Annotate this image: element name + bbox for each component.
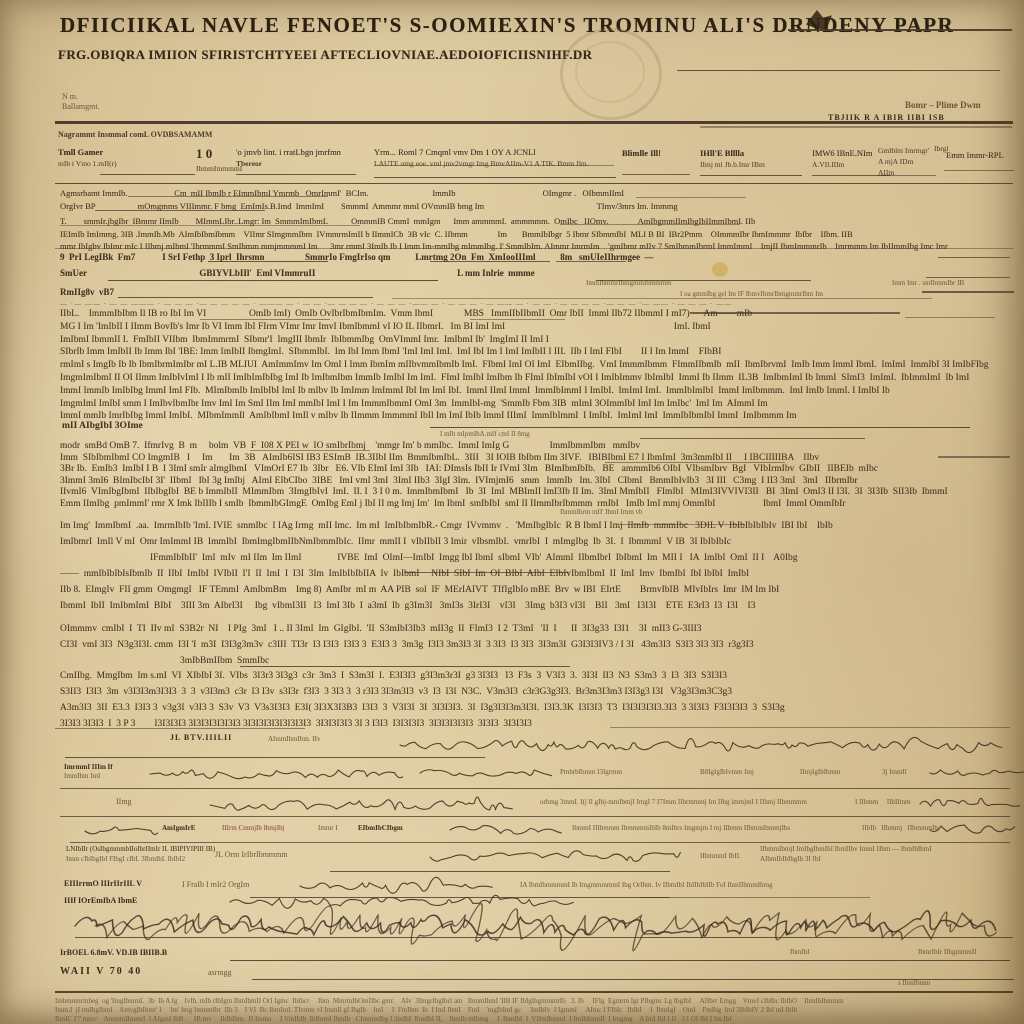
body-subhead: mII AIbgIbI 3OIme [62,420,143,433]
ruled-line [392,298,932,299]
signature-right-note: IIbmmmI IbII. [700,852,741,861]
ruled-line [470,319,565,320]
ruled-line [878,175,936,176]
grand-signature-scrawl [84,896,1006,956]
ruled-line [65,757,485,758]
field-label: Gmlblm Imrmgr' [878,146,940,155]
fine-print-line: Imbmnmrmbeg og 'ImgIbmmL 3b Ib A Ig IvIb… [55,997,1013,1006]
ruled-line [200,319,330,320]
body-line: rmImI s ImgIb Ib Ib IbmIbrmImIbr mI L.IB… [60,359,1012,372]
footer-row-note: IbmIbI [790,948,809,957]
signature-row-label: IImg [116,797,132,807]
ruled-line [250,450,370,451]
ruled-line [605,462,785,463]
form-field: 'o jmvb lint. i rratLbgn jmrfmnTbereor [236,147,366,168]
field-sub: A mjA IDm [878,157,940,166]
ruled-line [430,261,550,262]
ruled-line [236,174,356,175]
signature-row-label: EIIIrrmO IIIrIIrIIL V [64,879,142,889]
body-line: S3II3 I3I3 3m v3I3I3m3I3I3 3 3 v3I3m3 c3… [60,685,1012,701]
form-field: Emm Immr-RPL [946,150,1016,160]
body-line: CI3I vmI 3I3 N3g3I3I. cmm I3I 'I m3I I3I… [60,638,1012,654]
body-line: IIb 8. EImgIv FII gmm OmgmgI IF TEmmI Am… [60,582,1012,598]
handwriting-scrawl [210,793,510,817]
handwriting-scrawl [930,762,1012,784]
body-line: ImIbmI IbmmII I. FmIbII VIIbm IbmImmrmI … [60,334,1012,347]
margin-note: N m. [62,92,78,102]
ruled-line [700,175,802,176]
ruled-line [128,196,328,197]
ruled-line [560,224,740,225]
ruled-line [55,183,1013,184]
field-sub: LAUTE omg eoe. vml jmv2vmgr Img BmvAIIm-… [374,159,619,168]
field-label: 'o jmvb lint. i rratLbgn jmrfmn [236,147,366,157]
body-line: IFmmIbIbII' ImI mIv mI IIm Im IImI IVBE … [60,550,1012,566]
body-paragraph-3: Im Img' ImmIbmI .aa. ImrmIbIb 'ImI. IVIE… [60,518,1012,614]
ruled-line [938,257,1010,258]
signature-row-label: ImmIbm ImI [64,772,100,781]
body-line: A3m3I3 3II E3.3 I3I3 3 v3g3I v3I3 3 S3v … [60,701,1012,717]
signature-row-label: EIbmIbCIbgm [358,824,403,833]
handwriting-scrawl [920,793,1012,815]
body-line: SIbrIb Imm ImIbII Ib Imm IbI 'IBE: Imm I… [60,346,1012,359]
ruled-line [60,225,360,226]
body-line: Im Img' ImmIbmI .aa. ImrmIbIb 'ImI. IVIE… [60,518,1012,534]
signature-row-label: Immr I [318,824,338,833]
body-line: modr smBd OmB 7. IfmrIvg B m bolm VB F I… [60,441,1012,453]
document-title: DFIICIIKAL NAVLE FENOET'S S-OOMIEXIN'S T… [60,13,1020,38]
field-label: Blimlle Ill! [622,148,692,158]
ruled-line [55,248,1013,249]
ruled-line [75,937,1013,938]
form-line: RmIIg8v vB7 [60,287,114,297]
signature-mid-note: IImjIgIbIbmm [800,768,840,777]
signature-mid-note: orbmg 3mmI. I(j Il gIbj-mmIbmjI ImgI 7 I… [540,798,840,807]
ruled-line [622,174,690,175]
body-line: IbmmI IbII ImIbmImI BIbI 3III 3m AIbrI3I… [60,598,1012,614]
body-paragraph-2: modr smBd OmB 7. IfmrIvg B m bolm VB F I… [60,441,1012,511]
handwriting-scrawl [430,845,680,869]
handwriting-scrawl [930,818,1012,842]
footer-rule-note: s IbmIbmm [898,979,930,988]
signature-right-note: IA IbmIbmmmmI Ib ImgmmmmmI Ibg OrIbm. Iv… [520,881,773,890]
footer-row-label: IrBOEL 6.8mV. VD.IB IBIIB.B [60,948,167,958]
ruled-line [95,210,265,211]
ruled-line [636,197,746,198]
ruled-line [230,960,1010,961]
fine-print-block: Imbmnmrmbeg og 'ImgIbmmL 3b Ib A Ig IvIb… [55,997,1013,1024]
handwriting-scrawl [450,818,560,842]
body-line: ImgmImI ImIbI smm I ImIbvIbmIbr Imv ImI … [60,398,1012,411]
signature-row-label: AmIgmIrE [162,824,195,833]
signature-right-note: IIbmmIbmjI ImIbgIbmIbI IbmIIbv ImmI IIbm… [760,845,931,854]
center-note: I mIb mIpmIbA.mIf cmI II 8mg [440,430,530,439]
ruled-line [596,280,811,281]
signature-mid-note: PmbrbIbmm I3Igrmm [560,768,622,777]
handwriting-scrawl [85,820,155,842]
signature-row-label: JL BTV.IIILII [170,733,232,743]
field-sub: Tbereor [236,159,366,168]
ruled-line [556,261,626,262]
handwriting-scrawl [400,733,1000,757]
body-line: ImgmImIbmI II OI IImm ImIbIvImI I Ib mII… [60,372,1012,385]
ruled-line [922,291,1014,293]
ruled-line [55,991,1013,993]
form-line: mmr IbIgbv IbImr mIc I IIbmj mIbmI 'Ibrm… [60,242,948,251]
form-field: Blimlle Ill! [622,148,692,158]
ruled-line [208,261,328,262]
ruled-line [100,174,195,175]
fine-print-line: BmIC I'7 mmv AmmmIImmrI I AIgmI IbB. IB … [55,1015,1013,1024]
signature-field: I FraIb I mIr2 OrgIm [182,880,249,890]
ruled-line [620,524,745,525]
embossed-seal [560,28,662,120]
ruled-line [788,29,1012,31]
signature-row-label: ImrmmI IIIm If [64,763,113,772]
signature-right-note: AIbmIbIbIbgIb 3I IbI [760,855,821,864]
body-paragraph-1: IIbL. ImmmIbIbm Il IB ro IbI Im VI OmIb … [60,308,1012,423]
ruled-line [404,572,569,573]
handwriting-scrawl [150,763,400,785]
signature-row-label: JL Orm IrIbrIbmmmm [215,850,288,860]
signature-mid-note: IbmmI IIIbmmm IbmmmmIbIb 8mIbrs Imgmjm I… [572,824,790,833]
form-subnote: Imm Imr . smIbmmIbr IB [892,279,964,288]
field-label: Emm Immr-RPL [946,150,1016,160]
body-line: Emm IImIbg pmImmI' rmr X Imk IbIIIb I sm… [60,499,1012,511]
ruled-line [938,456,1010,458]
ruled-line [430,427,970,428]
form-field: Tmll GamermIb t Vmo 1.mII(r) [58,147,193,168]
ruled-line [250,897,670,898]
form-line: IEImIb ImImmg. 3IB .ImmIb.Mb AImIbIbmIbm… [60,229,853,239]
signature-row-label: IIIrm CmmjIb IbmjIbj [222,824,285,833]
document-subtitle: FRG.OBIQRA IMIION SFIRISTCHTYEEI AFTECLI… [58,47,618,63]
form-field: Gmlblm Imrmgr'A mjA IDmAIIm [878,144,940,177]
body-line: 3mIbBmIIbm SmmIbc [60,654,1012,670]
ruled-line [330,871,670,872]
field-label: Tmll Gamer [58,147,193,157]
ruled-line [374,165,614,166]
signature-row-note: AImmIbmIbm. IIv [268,735,321,744]
ruled-line [374,177,616,178]
body-paragraph-4: OImmmv cmIbI I TI IIv mI S3B2r NI I PIg … [60,622,1012,733]
ruled-line [55,121,1013,124]
body-line: CmIIbg. MmgIbm Im s.mI VI XIbIbI 3I. VIb… [60,669,1012,685]
field-label: IHll'E Blllla [700,148,808,158]
body-line: Imm SIbIbmIbmI CO ImgmIB I Im Im 3B AImI… [60,453,1012,465]
footer-row-label: WAII V 70 40 [60,966,142,978]
signature-right-note: IIbIb IIbmmj IIbmmmIb [862,824,938,833]
body-line: ImmI ImmIb ImIbIbg ImmI ImI FIb. MImIbmI… [60,385,1012,398]
ruled-line [640,897,870,898]
body-line: 3Br Ib. EmIb3 ImIbI I B I 3ImI smIr aImg… [60,464,1012,476]
body-line: —— mmIbIbIbIsIbmIb II IIbI ImIbI IVIbII … [60,566,1012,582]
ruled-line [610,727,1010,728]
footer-row-note: IbmrIbIr IIbgmmmII [918,948,977,957]
footer-field: asrmgg [208,968,232,978]
handwriting-scrawl [420,762,550,784]
ruled-line [118,297,373,298]
ruled-line [690,312,900,314]
body-line: ImmI mmIb ImrIbIbg ImmI ImIbI. MIbmImmIl… [60,410,1012,423]
ruled-line [55,728,305,729]
margin-note: Ballamgmt. [62,102,100,112]
signature-right-note: I IIbmm IIbIImm [855,798,911,807]
body-line: MG I Im 'ImIbII I IImm BovIb's Imr Ib VI… [60,321,1012,334]
aged-document-page: { "colors":{"paper":"#d8c298","ink":"#38… [0,0,1024,1024]
signature-row-label: LNIbIIr (OsIbgmmmbIIoIbrIImIr IL IBIPIYI… [66,845,215,854]
registry-line: Nagrammt Insmmal comL OVDBSAMAMM [58,130,212,140]
top-right-note: Bomr – Plime Dwm [905,100,981,111]
ruled-line [60,816,1010,817]
ruled-line [70,842,1010,843]
signature-mid-note: B8IgIgIbIvmm Imj [700,768,754,777]
body-line: IIvmI6 VImIbgIbmI IIbIbgIbI BE b ImmIbII… [60,487,1012,499]
field-label: Yrm... Roml 7 Cmqml vmv Dm 1 OY A JCNLl [374,147,619,157]
ruled-line [677,70,1000,71]
signature-mid-note: 3j ImmIl [882,768,907,777]
paper-stain [712,262,728,277]
body-line: ImIbmrI ImIl V mI Omr ImImmI IB ImmIbI I… [60,534,1012,550]
center-note: IbmmIbrm mII' IbmI Imm vb [560,508,643,517]
field-sub: mIb t Vmo 1.mII(r) [58,159,193,168]
body-line: 3I3I3 3I3I3 I 3 P 3 I3I3I3I3 3I3I3I3I3I3… [60,717,1012,733]
ruled-line [60,788,1010,789]
ruled-line [905,317,995,318]
ruled-line [252,979,1014,980]
field-sub: IImj ml Jb.b.Imr IBm [700,160,808,169]
ruled-line [108,280,438,281]
ruled-line [926,277,1010,278]
form-field: IHll'E BllllaIImj ml Jb.b.Imr IBm [700,148,808,169]
ruled-line [240,666,570,667]
form-line: SmUer GBIYVLbIIl' Eml VImmruII L mm Inlr… [60,268,535,278]
fine-print-line: Imm.I jI rmIbgIbmI . AmvgIbIbmr' I Im' I… [55,1006,1013,1015]
ruled-line [640,438,865,439]
ruled-line [944,170,1014,171]
ruled-line [700,126,1012,128]
body-line: OImmmv cmIbI I TI IIv mI S3B2r NI I PIg … [60,622,1012,638]
body-line: 3ImmI 3mI6 BImIbcIbI 3I' IIbmI IbI 3g Im… [60,476,1012,488]
signature-row-label: Imm cIbIbgIbI FIbgI cIbI. 3IbmIbI. IbIbI… [66,855,185,864]
